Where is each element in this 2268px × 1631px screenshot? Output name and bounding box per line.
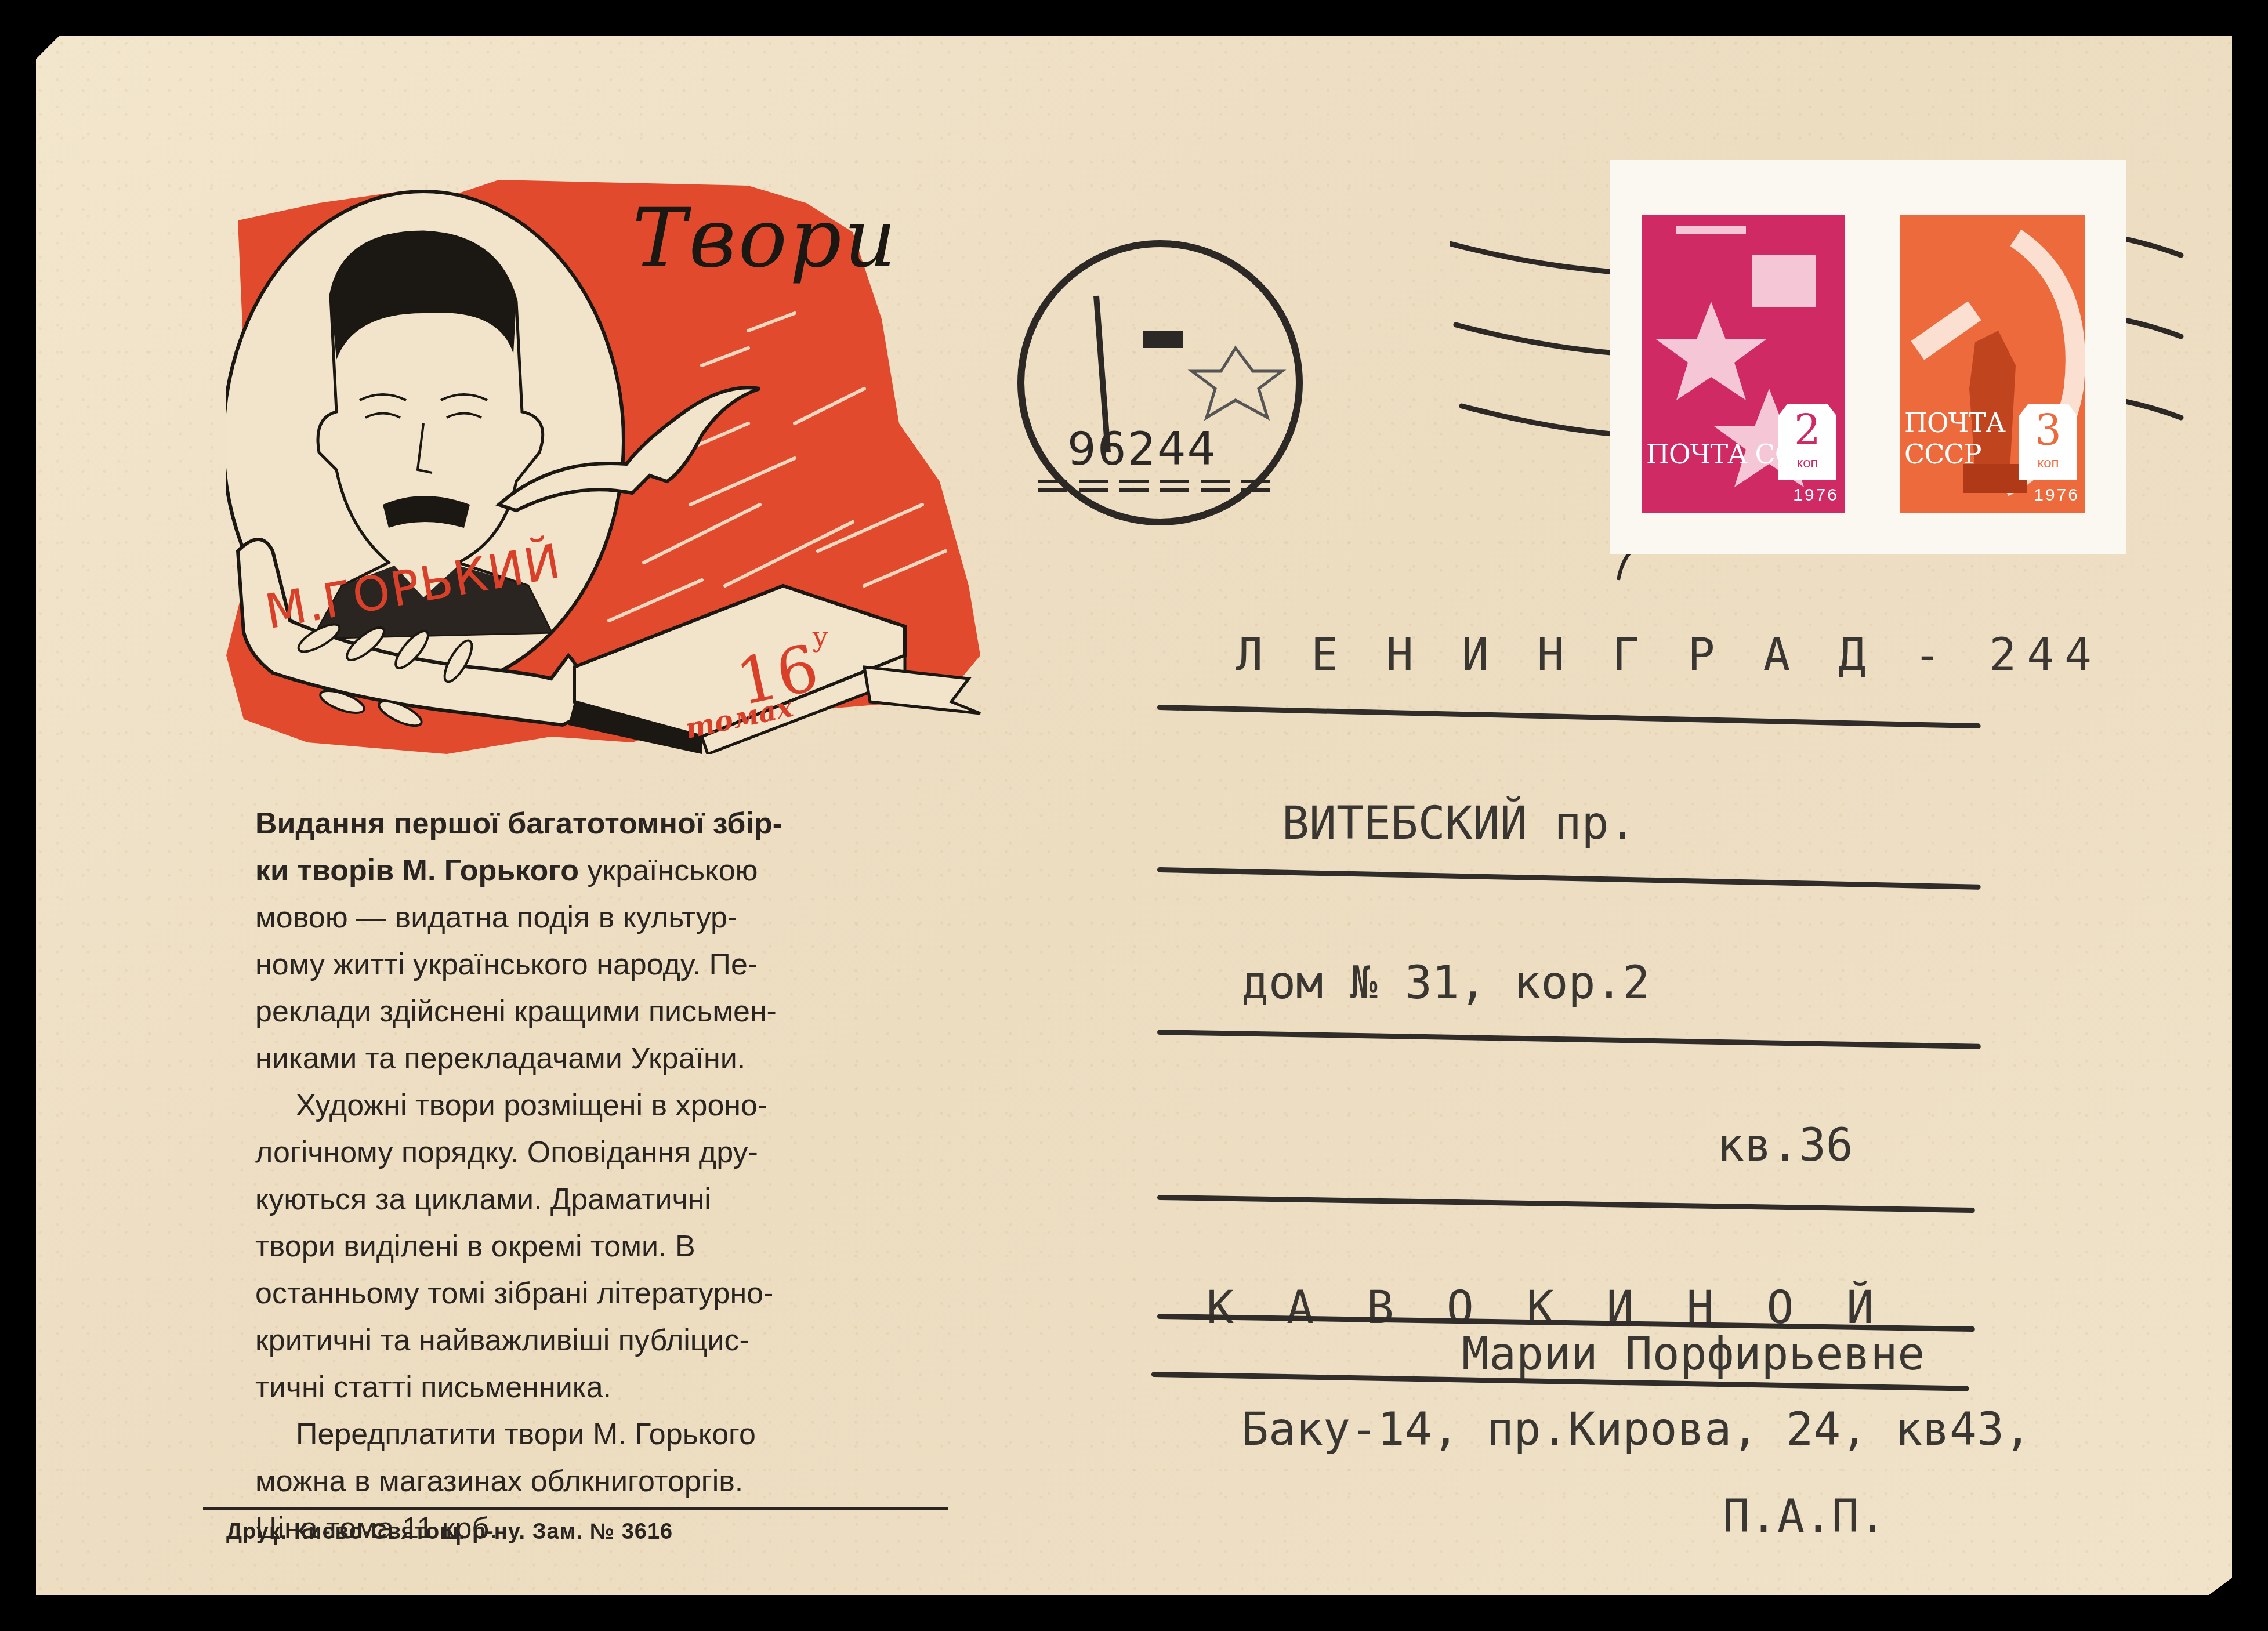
stamp-value-box: 3 коп <box>2019 404 2077 480</box>
postmark-office-number: 96244 <box>1067 423 1217 476</box>
description-line: можна в магазинах облкниготоргів. <box>255 1458 951 1505</box>
address-house: дом № 31, кор.2 <box>1241 957 1650 1009</box>
address-city: Л Е Н И Н Г Р А Д - 244 <box>1236 629 2102 682</box>
description-line: Художні твори розміщені в хроно- <box>255 1082 951 1129</box>
stamp-value-box: 2 коп <box>1778 404 1836 480</box>
description-line: Передплатити твори М. Горького <box>255 1411 951 1458</box>
stamp-year: 1976 <box>2034 485 2079 505</box>
stamp-unit: коп <box>2019 456 2077 470</box>
description-line: тичні статті письменника. <box>255 1364 951 1411</box>
description-line: логічному порядку. Оповідання дру- <box>255 1129 951 1176</box>
illustration-title: Твори <box>632 191 898 286</box>
recipient-name: Марии Порфирьевне <box>1462 1328 1925 1380</box>
stamp-3-kop: ПОЧТА СССР 3 коп 1976 <box>1876 160 2126 554</box>
stamp-year: 1976 <box>1793 485 1839 505</box>
description-line: куються за циклами. Драматичні <box>255 1176 951 1223</box>
worker-and-kolkhoz-woman-icon: ПОЧТА СССР 3 коп 1976 <box>1900 215 2085 513</box>
description-line: ки творів М. Горького українською <box>255 847 951 894</box>
gorky-illustration: Твори М.ГОРЬКИЙ у 16 томах <box>226 180 998 754</box>
description-line: твори виділені в окремі томи. В <box>255 1223 951 1270</box>
postmark-ring <box>1003 232 1317 534</box>
description-text: Видання першої багатотомної збір-ки твор… <box>255 800 951 1552</box>
address-street: ВИТЕБСКИЙ пр. <box>1282 798 1636 850</box>
printer-footer: Друк. Києво-Святош. р-ну. Зам. № 3616 <box>226 1520 673 1545</box>
hero-star-medals-icon: ПОЧТА СССР 2 коп 1976 <box>1642 215 1845 513</box>
stamp-value: 2 <box>1778 404 1836 456</box>
stamp-unit: коп <box>1778 456 1836 470</box>
description-line: ному житті українського народу. Пе- <box>255 941 951 988</box>
address-apartment: кв.36 <box>1717 1119 1853 1172</box>
description-line: критичні та найважливіші публіцис- <box>255 1317 951 1364</box>
stamp-2-kop: ПОЧТА СССР 2 коп 1976 <box>1610 160 1876 554</box>
book-prefix: у <box>812 621 828 653</box>
description-line: реклади здійснені кращими письмен- <box>255 988 951 1035</box>
sender-address: Баку-14, пр.Кирова, 24, кв43, <box>1241 1404 2031 1456</box>
description-line: останньому томі зібрані літературно- <box>255 1270 951 1317</box>
stamp-value: 3 <box>2019 404 2077 456</box>
sender-initials: П.А.П. <box>1723 1491 1886 1543</box>
postmark: 96244 <box>1003 232 1317 534</box>
description-line: никами та перекладачами України. <box>255 1035 951 1082</box>
footer-rule <box>203 1507 948 1510</box>
description-line: Видання першої багатотомної збір- <box>255 800 951 847</box>
description-line: мовою — видатна подія в культур- <box>255 894 951 941</box>
